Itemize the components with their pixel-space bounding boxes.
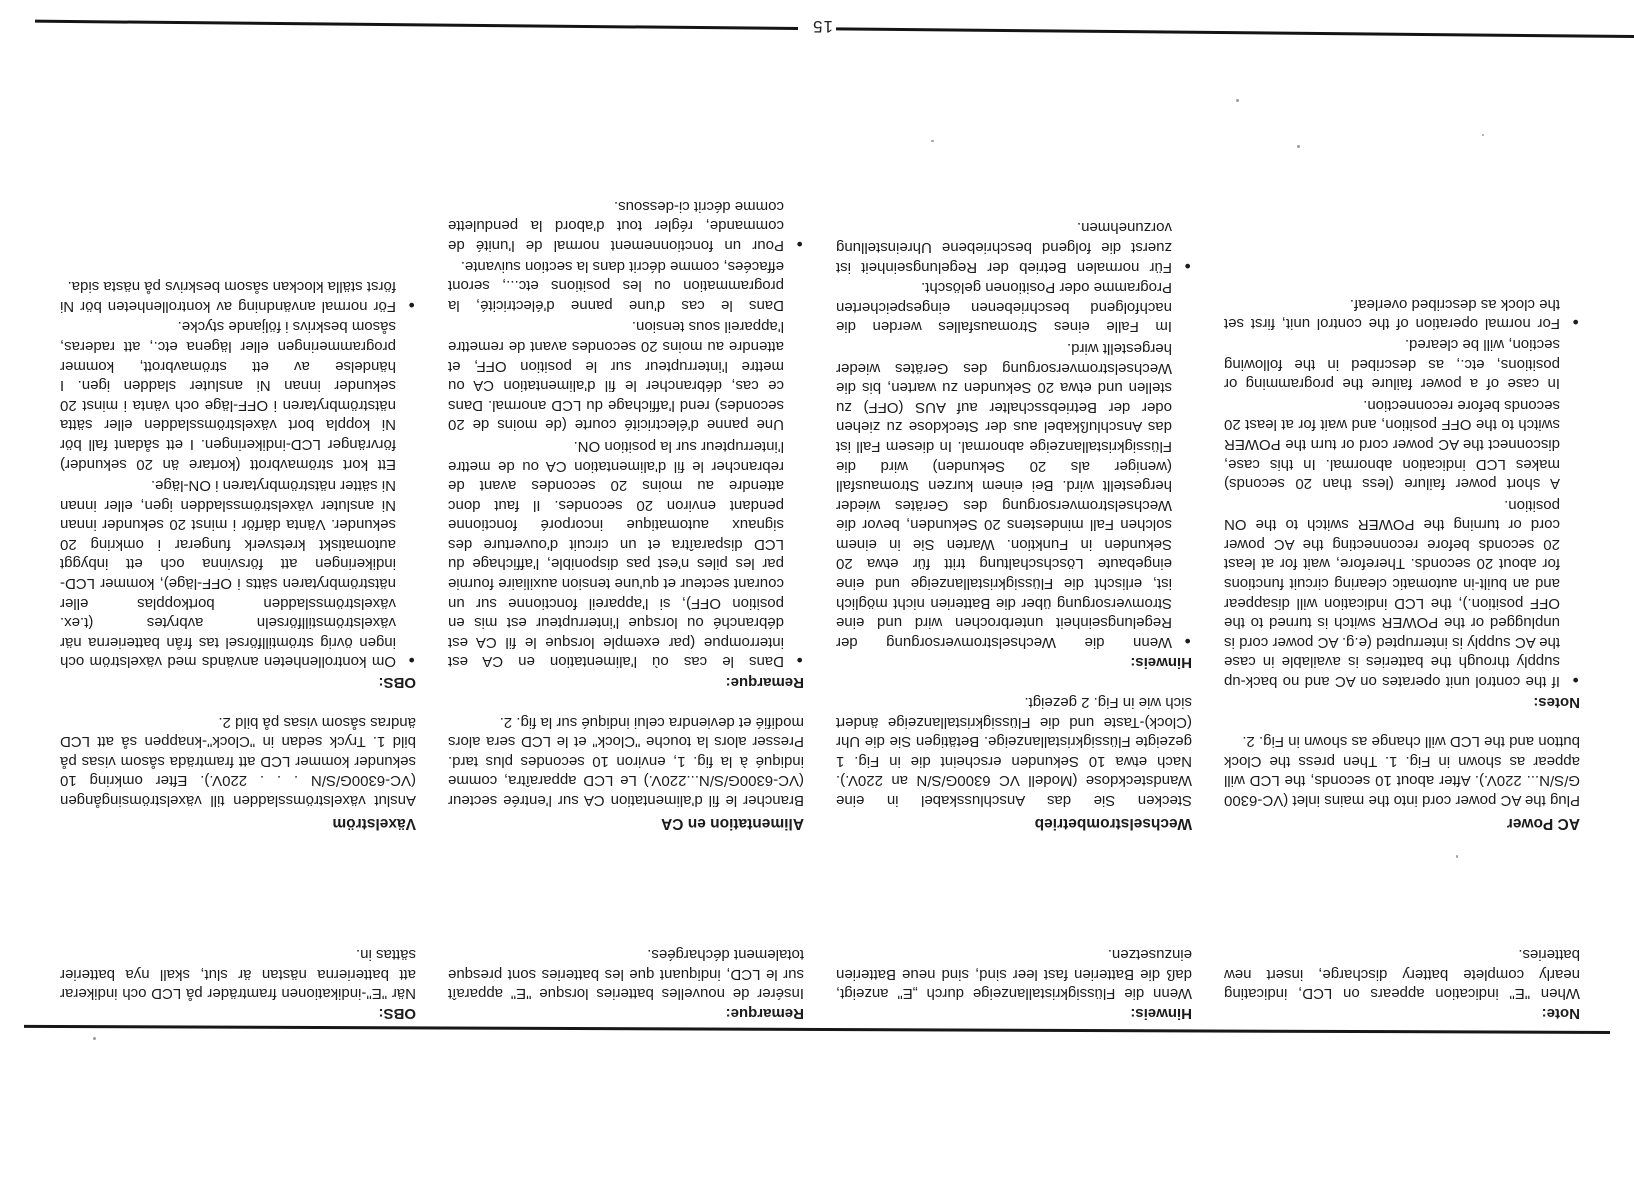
top-note: OBS: När "E"-indikationen framträder på … [60,945,416,1023]
note-heading: Remarque: [448,1003,804,1023]
paragraph: In case of a power failure the programmi… [1224,334,1580,393]
bullet-text: Om kontrollenheten används med växelströ… [60,477,396,670]
bullet-item: ● Für normalen Betrieb der Regelungseinh… [836,218,1192,277]
bullet-text: For normal operation of the control unit… [1224,296,1560,333]
note-text: När "E"-indikationen framträder på LCD o… [60,945,416,1004]
bullet-icon: ● [1184,255,1191,275]
scanned-manual-page: Note: When "E" indication appears on LCD… [0,0,1634,1188]
paragraph: Ett kort strömavbrott (kortare än 20 sek… [60,317,416,474]
columns: Note: When "E" indication appears on LCD… [60,196,1580,1023]
note-heading: Note: [1224,1003,1580,1023]
column-english: Note: When "E" indication appears on LCD… [1224,196,1580,1023]
note-heading: Hinweis: [836,1003,1192,1023]
column-german: Hinweis: Wenn die Flüssigkristallanzeige… [836,196,1192,1023]
note-text: When "E" indication appears on LCD, indi… [1224,945,1580,1004]
top-note: Remarque: Insérer de nouvelles batteries… [448,945,804,1023]
section-heading: AC Power [1224,813,1580,833]
bullet-item: ● Dans le cas où l'alimentation en CA es… [448,436,804,671]
top-note: Hinweis: Wenn die Flüssigkristallanzeige… [836,945,1192,1023]
bottom-rule-left [836,27,1634,38]
bullet-icon: ● [1184,630,1191,650]
section-ac-power: AC Power Plug the AC power cord into the… [1224,294,1580,832]
scan-speck [1456,855,1458,858]
bullet-item: ● If the control unit operates on AC and… [1224,495,1580,691]
bullet-icon: ● [1572,312,1579,332]
bullet-text: För normal användning av kontrollenheten… [60,278,396,315]
bullet-icon: ● [796,650,803,670]
section-intro: Stecken Sie das Anschlusskabel in eine W… [836,692,1192,810]
bullet-text: If the control unit operates on AC and n… [1224,497,1560,690]
bullet-icon: ● [408,650,415,670]
column-french: Remarque: Insérer de nouvelles batteries… [448,196,804,1023]
paragraph: Une panne d'électricité courte (de moins… [448,317,804,435]
scan-speck [931,140,934,142]
top-note: Note: When "E" indication appears on LCD… [1224,945,1580,1023]
bullet-item: ● For normal operation of the control un… [1224,294,1580,333]
section-vaxelstrom: Växelström Anslut växelströmssladden til… [60,277,416,833]
section-intro: Anslut växelströmssladden till växelströ… [60,712,416,810]
section-alimentation-ca: Alimentation en CA Brancher le fil d'ali… [448,196,804,832]
paragraph: A short power failure (less than 20 seco… [1224,395,1580,493]
bullet-item: ● Om kontrollenheten används med växelst… [60,476,416,672]
note-heading: OBS: [60,1003,416,1023]
bullet-text: Wenn die Wechselstromversorgung der Rege… [836,340,1172,651]
scan-speck [1297,145,1300,148]
paragraph: Im Falle eines Stromausfalles werden die… [836,278,1192,337]
scan-speck [1482,134,1484,136]
section-wechselstrombetrieb: Wechselstrombetrieb Stecken Sie das Ansc… [836,218,1192,833]
notes-label: Remarque: [448,672,804,692]
section-intro: Plug the AC power cord into the mains in… [1224,732,1580,810]
page-number: 15 [812,16,833,36]
column-swedish: OBS: När "E"-indikationen framträder på … [60,196,416,1023]
bullet-icon: ● [1572,669,1579,689]
section-heading: Wechselstrombetrieb [836,813,1192,833]
bullet-text: Für normalen Betrieb der Regelungseinhei… [836,219,1172,275]
notes-label: Notes: [1224,692,1580,712]
bullet-item: ● Pour un fonctionnement normal de l'uni… [448,196,804,255]
bullet-text: Dans le cas où l'alimentation en CA est … [448,438,784,671]
top-rule [24,1025,1610,1034]
note-text: Wenn die Flüssigkristallanzeige durch „E… [836,945,1192,1004]
section-heading: Alimentation en CA [448,813,804,833]
bullet-icon: ● [408,294,415,314]
page-content-rotated: Note: When "E" indication appears on LCD… [0,0,1634,1188]
scan-speck [1236,99,1239,102]
bottom-rule-right [35,20,798,30]
scan-speck [93,1037,96,1040]
bullet-item: ● För normal användning av kontrollenhet… [60,277,416,316]
section-heading: Växelström [60,813,416,833]
bullet-text: Pour un fonctionnement normal de l'unité… [448,198,784,254]
note-text: Insérer de nouvelles batteries lorsque "… [448,945,804,1004]
section-intro: Brancher le fil d'alimentation CA sur l'… [448,712,804,810]
notes-label: Hinweis: [836,653,1192,673]
notes-label: OBS: [60,672,416,692]
bullet-icon: ● [796,233,803,253]
bullet-item: ● Wenn die Wechselstromversorgung der Re… [836,338,1192,652]
paragraph: Dans le cas d'une panne d'électricité, l… [448,256,804,315]
